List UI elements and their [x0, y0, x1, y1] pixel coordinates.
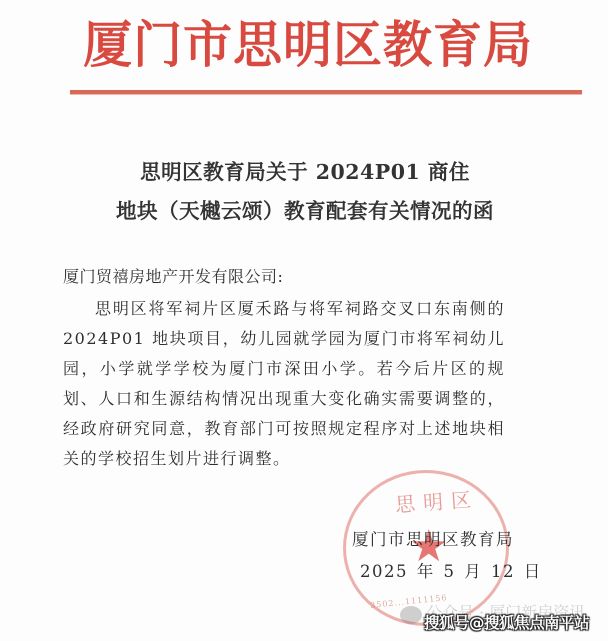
salutation: 厦门贸禧房地产开发有限公司: — [63, 264, 283, 287]
document-title-line2: 地块（天樾云颂）教育配套有关情况的函 — [40, 194, 570, 224]
watermark-sohu: 搜狐号@搜狐焦点南平站 — [424, 611, 589, 633]
document-title-line1: 思明区教育局关于 2024P01 商住 — [40, 155, 570, 185]
body-paragraph: 思明区将军祠片区厦禾路与将军祠路交叉口东南侧的 2024P01 地块项目，幼儿园… — [63, 294, 505, 474]
document-page: 厦门市思明区教育局 思明区教育局关于 2024P01 商住 地块（天樾云颂）教育… — [0, 0, 608, 641]
letterhead-red-rule — [70, 90, 582, 95]
letterhead-title: 厦门市思明区教育局 — [83, 14, 534, 76]
seal-arc-text: 思明区 — [394, 483, 480, 518]
signature-organization: 厦门市思明区教育局 — [352, 526, 514, 550]
signature-date: 2025 年 5 月 12 日 — [360, 558, 542, 582]
